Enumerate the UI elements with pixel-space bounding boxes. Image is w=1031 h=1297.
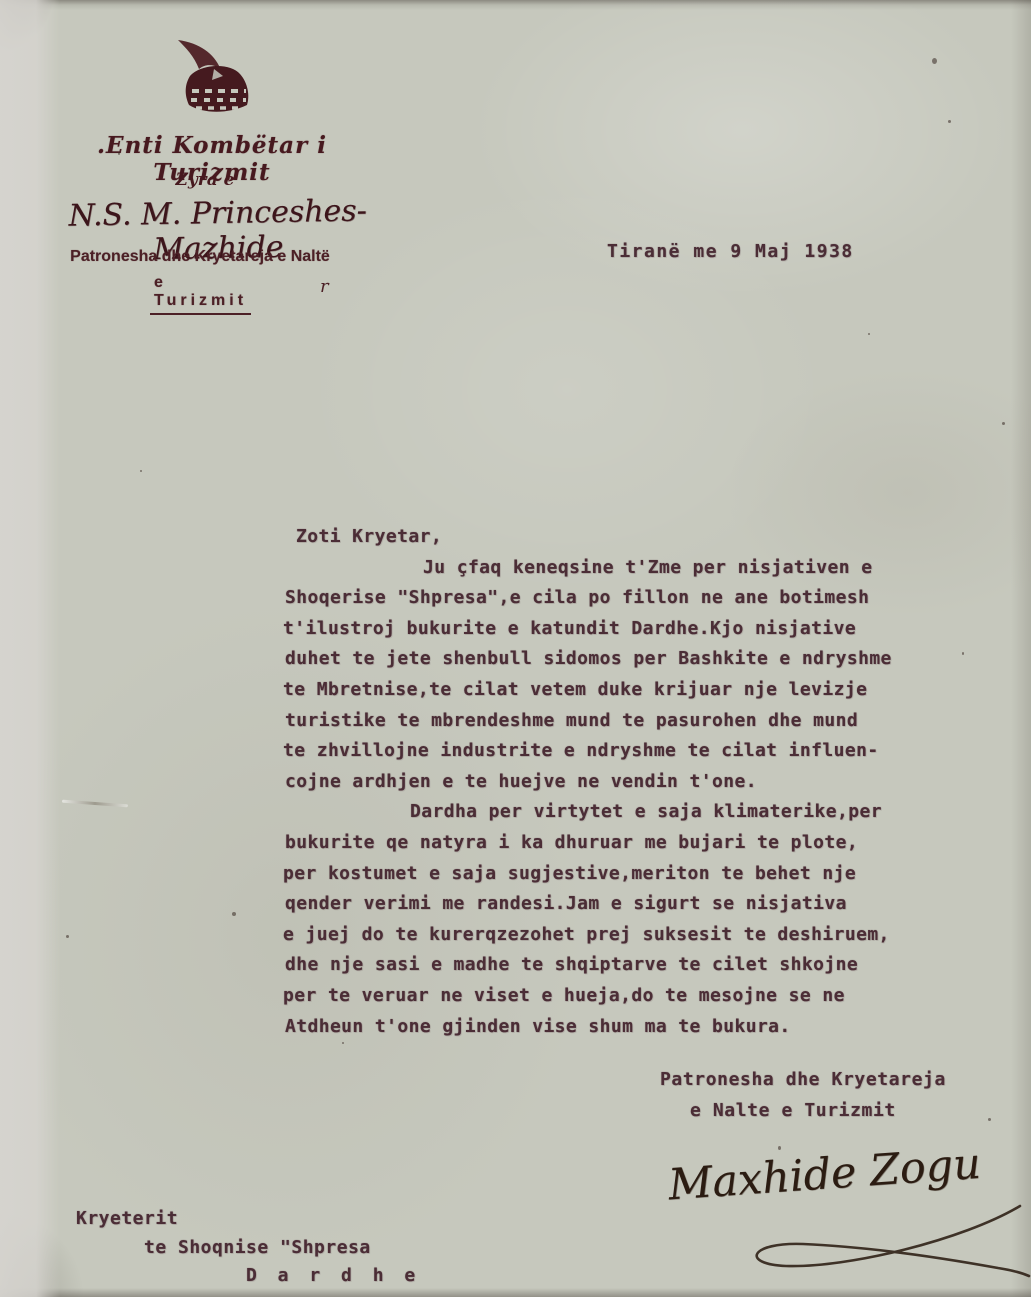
letter-page: .Enti Kombëtar i Turizmit Zyra e N.S. M.… [0,0,1031,1297]
paper-speck [1002,422,1005,425]
paragraph-2: Dardha per virtytet e saja klimaterike,p… [283,797,983,1042]
closing-line: Patronesha dhe Kryetareja [660,1064,946,1095]
body-line: e juej do te kurerqzezohet prej suksesit… [283,920,983,951]
body-line: Shoqerise "Shpresa",e cila po fillon ne … [285,583,985,614]
tourism-crest-icon [166,36,266,121]
letterhead-office-line: Zyra e [120,170,290,190]
body-line: t'ilustroj bukurite e katundit Dardhe.Kj… [283,614,983,645]
paper-speck [66,935,69,938]
addressee-line: te Shoqnise "Shpresa [76,1233,420,1262]
paper-speck [140,470,142,472]
paper-speck [988,1118,991,1121]
addressee-line: Kryeterit [76,1204,420,1233]
body-line: bukurite qe natyra i ka dhuruar me bujar… [285,828,985,859]
closing-block: Patronesha dhe Kryetareja e Nalte e Turi… [660,1064,946,1126]
body-line: qender verimi me randesi.Jam e sigurt se… [285,889,985,920]
body-line: te zhvillojne industrite e ndryshme te c… [283,736,983,767]
paper-crease [62,800,128,808]
body-line: duhet te jete shenbull sidomos per Bashk… [285,644,985,675]
body-line: per kostumet e saja sugjestive,meriton t… [283,859,983,890]
paragraph-1: Ju çfaq keneqsine t'Zme per nisjativen e… [283,553,983,798]
dateline: Tiranë me 9 Maj 1938 [607,241,854,262]
letterhead-title-line2: e Turizmit [150,274,251,315]
paper-speck [342,1042,344,1044]
paper-speck [948,120,951,123]
paper-speck [932,58,937,64]
paper-speck [868,333,870,335]
body-line: te Mbretnise,te cilat vetem duke krijuar… [283,675,983,706]
body-line: Ju çfaq keneqsine t'Zme per nisjativen e [283,553,983,584]
body-line: dhe nje sasi e madhe te shqiptarve te ci… [285,950,985,981]
letterhead-stray-mark: r [320,276,329,297]
paper-speck [118,152,120,155]
closing-line: e Nalte e Turizmit [660,1095,946,1126]
paper-speck [962,652,964,655]
paper-speck [778,1146,781,1150]
salutation: Zoti Kryetar, [283,522,983,553]
addressee-line: D a r d h e [76,1262,420,1290]
body-line: cojne ardhjen e te huejve ne vendin t'on… [285,767,985,798]
letterhead-title-line1: Patronesha dhe Kryetareja e Naltë [40,248,360,266]
body-line: per te veruar ne viset e hueja,do te mes… [283,981,983,1012]
letter-body: Zoti Kryetar, Ju çfaq keneqsine t'Zme pe… [283,522,983,1042]
body-line: turistike te mbrendeshme mund te pasuroh… [285,706,985,737]
addressee-block: Kryeterit te Shoqnise "Shpresa D a r d h… [76,1204,420,1290]
signature-flourish [698,1192,1031,1297]
body-line: Dardha per virtytet e saja klimaterike,p… [283,797,983,828]
paper-speck [232,912,236,916]
body-line: Atdheun t'one gjinden vise shum ma te bu… [285,1012,985,1043]
